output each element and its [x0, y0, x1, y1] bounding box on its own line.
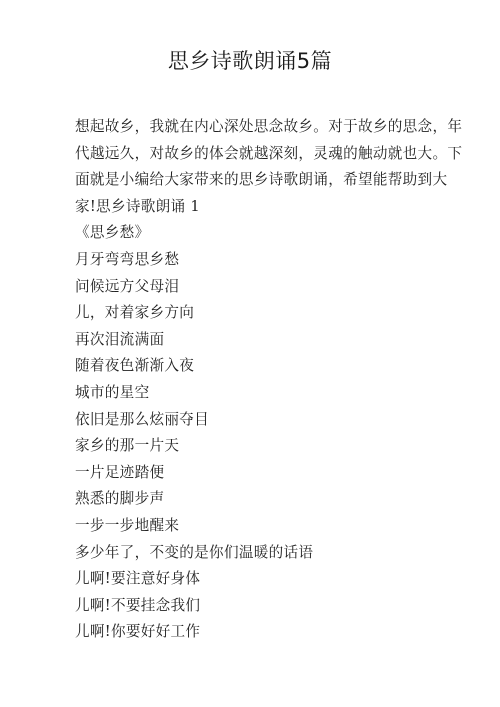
poem-line: 一片足迹踏便	[75, 460, 427, 487]
poem-line: 儿啊!要注意好身体	[75, 566, 427, 593]
poem-line: 家乡的那一片天	[75, 433, 427, 460]
poem-line: 再次泪流满面	[75, 327, 427, 354]
poem-line: 问候远方父母泪	[75, 274, 427, 301]
poem-line: 儿啊!不要挂念我们	[75, 593, 427, 620]
document-body: 想起故乡，我就在内心深处思念故乡。对于故乡的思念，年 代越远久，对故乡的体会就越…	[75, 114, 427, 646]
document-title: 思乡诗歌朗诵5篇	[0, 46, 500, 76]
poem-line: 多少年了，不变的是你们温暖的话语	[75, 540, 427, 567]
poem-line: 月牙弯弯思乡愁	[75, 247, 427, 274]
poem-line: 儿，对着家乡方向	[75, 300, 427, 327]
intro-line: 面就是小编给大家带来的思乡诗歌朗诵，希望能帮助到大	[75, 167, 427, 194]
intro-line: 家!思乡诗歌朗诵 1	[75, 194, 427, 221]
poem-line: 城市的星空	[75, 380, 427, 407]
intro-line: 代越远久，对故乡的体会就越深刻，灵魂的触动就也大。下	[75, 141, 427, 168]
document-page: 思乡诗歌朗诵5篇 想起故乡，我就在内心深处思念故乡。对于故乡的思念，年 代越远久…	[0, 0, 500, 707]
poem-title: 《思乡愁》	[75, 220, 427, 247]
poem-line: 熟悉的脚步声	[75, 486, 427, 513]
poem-line: 依旧是那么炫丽夺目	[75, 407, 427, 434]
intro-line: 想起故乡，我就在内心深处思念故乡。对于故乡的思念，年	[75, 114, 427, 141]
poem-line: 儿啊!你要好好工作	[75, 619, 427, 646]
poem-line: 随着夜色渐渐入夜	[75, 353, 427, 380]
poem-line: 一步一步地醒来	[75, 513, 427, 540]
